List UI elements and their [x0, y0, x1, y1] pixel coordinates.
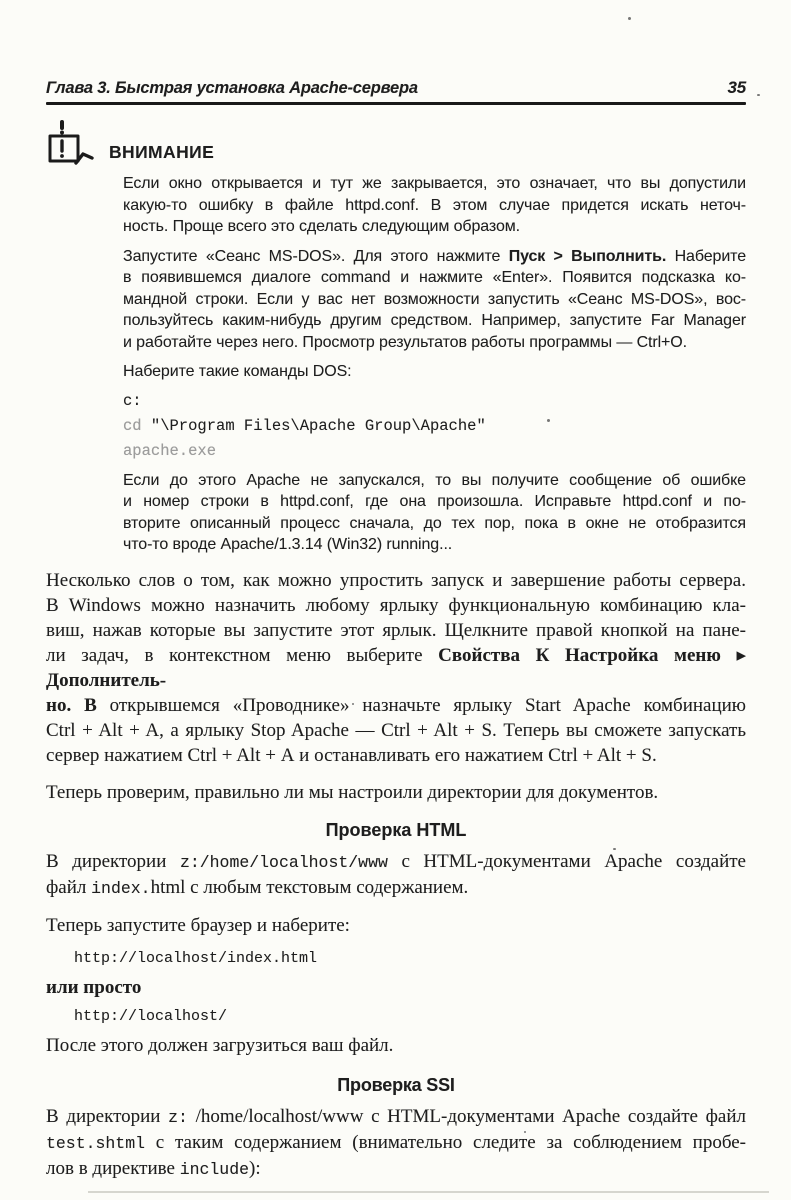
scan-speck	[757, 94, 760, 96]
book-page: Глава 3. Быстрая установка Apache-сервер…	[0, 0, 791, 1200]
scan-speck	[613, 848, 616, 850]
chapter-title: Глава 3. Быстрая установка Apache-сервер…	[46, 78, 418, 98]
dos-commands-code: c:cd "\Program Files\Apache Group\Apache…	[123, 391, 746, 462]
attention-paragraph: Если окно открывается и тут же закрывает…	[123, 173, 746, 238]
ssi-check-paragraph: В директории z: /home/localhost/www с HT…	[46, 1104, 746, 1182]
scan-speck	[628, 17, 631, 20]
attention-paragraph: Запустите «Сеанс MS-DOS». Для этого нажм…	[123, 246, 746, 354]
body-paragraph: Несколько слов о том, как можно упростит…	[46, 568, 746, 768]
page-number: 35	[727, 78, 746, 98]
html-check-paragraph: В директории z:/home/localhost/www с HTM…	[46, 849, 746, 901]
page-bottom-scan-line	[88, 1191, 769, 1193]
url-code-line: http://localhost/	[74, 1006, 746, 1027]
scan-speck	[524, 1131, 526, 1133]
attention-heading: ВНИМАНИЕ	[46, 119, 746, 169]
section-heading-html-check: Проверка HTML	[46, 819, 746, 841]
page-header: Глава 3. Быстрая установка Apache-сервер…	[46, 78, 746, 98]
url-code-line: http://localhost/index.html	[74, 948, 746, 969]
attention-body: Если окно открывается и тут же закрывает…	[123, 173, 746, 556]
attention-paragraph: Наберите такие команды DOS:	[123, 361, 746, 383]
html-check-paragraph: Теперь запустите браузер и наберите:	[46, 913, 746, 938]
html-check-paragraph: После этого должен загрузиться ваш файл.	[46, 1033, 746, 1058]
attention-paragraph: Если до этого Apache не запускался, то в…	[123, 470, 746, 556]
or-label: или просто	[46, 975, 746, 1000]
body-paragraph: Теперь проверим, правильно ли мы настрои…	[46, 780, 746, 805]
section-heading-ssi-check: Проверка SSI	[46, 1074, 746, 1096]
attention-label: ВНИМАНИЕ	[109, 142, 214, 169]
scan-speck	[352, 703, 354, 705]
scan-speck	[547, 419, 550, 422]
attention-detonator-icon	[46, 119, 94, 169]
header-rule	[46, 102, 746, 105]
